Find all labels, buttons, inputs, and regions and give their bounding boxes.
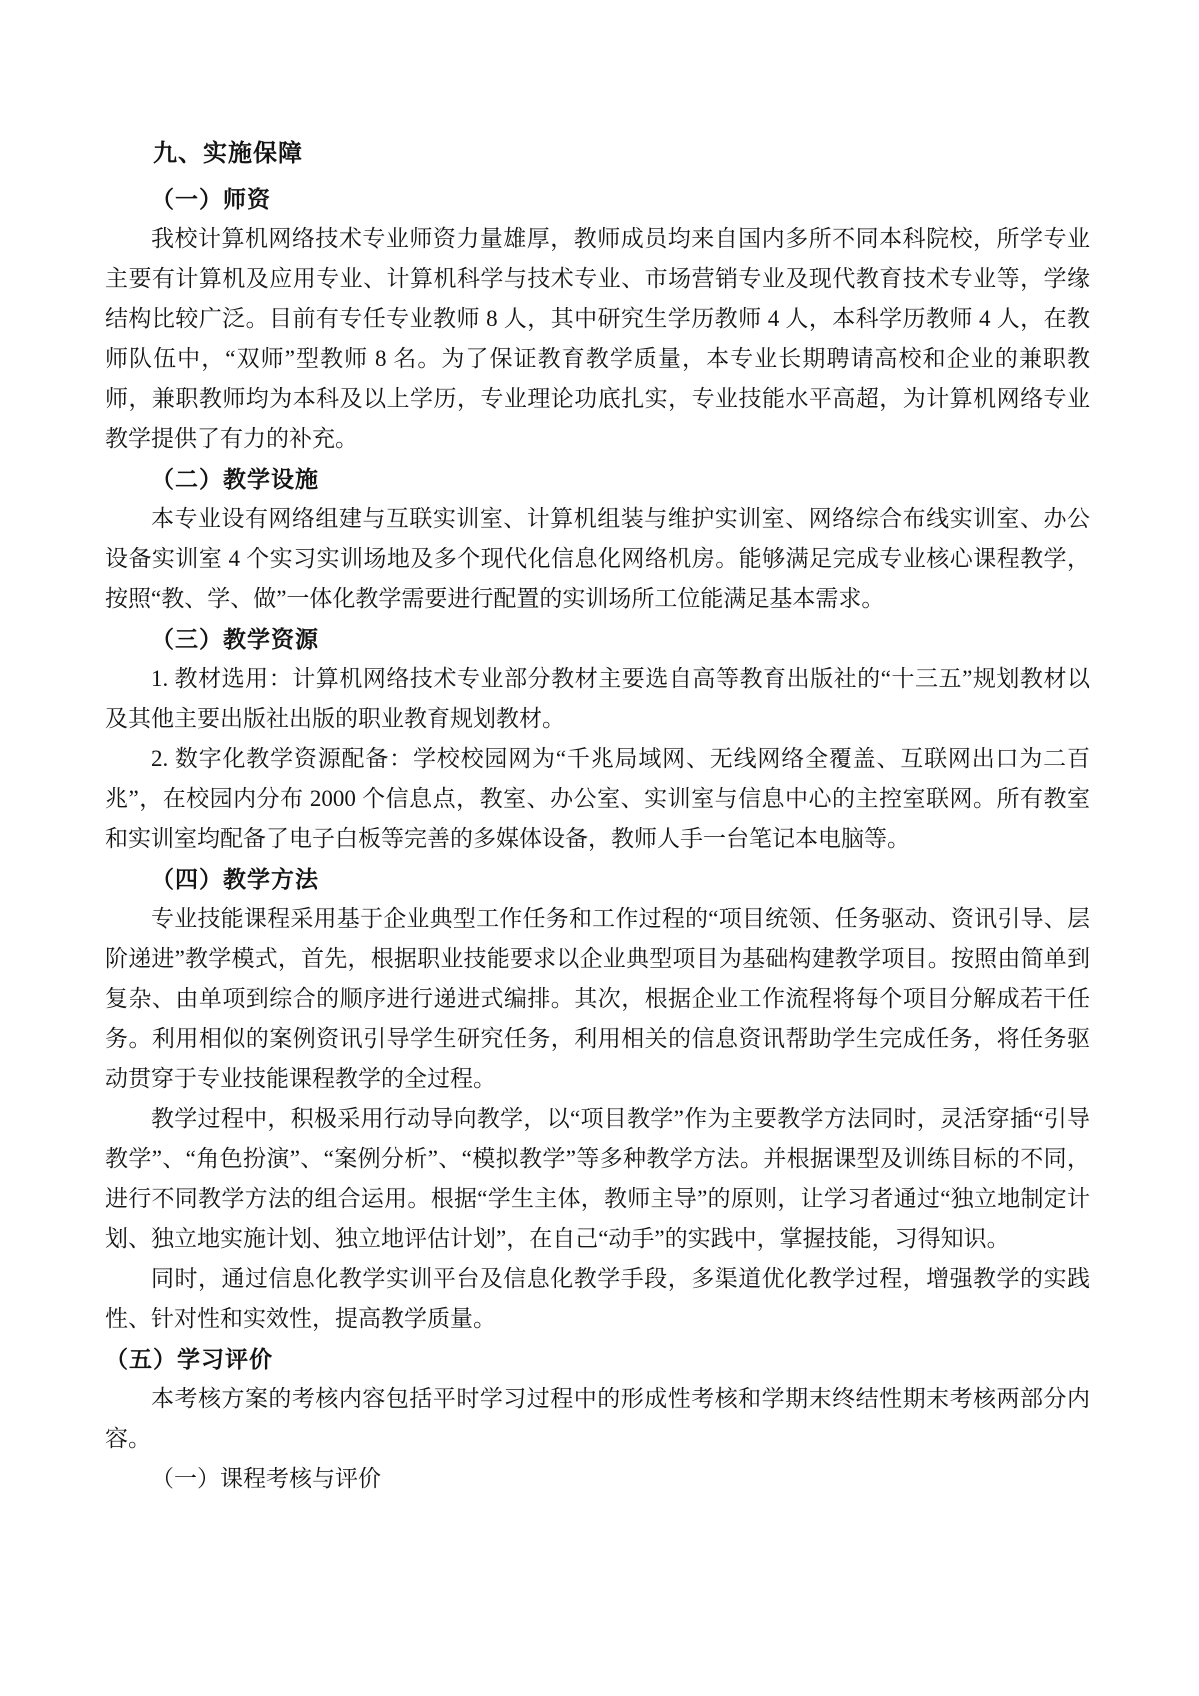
- subheading-resources: （三）教学资源: [105, 619, 1090, 659]
- subheading-facilities: （二）教学设施: [105, 459, 1090, 499]
- paragraph-methods-project-design: 专业技能课程采用基于企业典型工作任务和工作过程的“项目统领、任务驱动、资讯引导、…: [105, 899, 1090, 1099]
- subheading-teachers: （一）师资: [105, 179, 1090, 219]
- subitem-course-assessment: （一）课程考核与评价: [105, 1459, 1090, 1499]
- paragraph-evaluation-overview: 本考核方案的考核内容包括平时学习过程中的形成性考核和学期末终结性期末考核两部分内…: [105, 1379, 1090, 1459]
- document-page: 九、实施保障 （一）师资 我校计算机网络技术专业师资力量雄厚，教师成员均来自国内…: [0, 0, 1199, 1696]
- paragraph-facilities: 本专业设有网络组建与互联实训室、计算机组装与维护实训室、网络综合布线实训室、办公…: [105, 499, 1090, 619]
- subheading-methods: （四）教学方法: [105, 859, 1090, 899]
- paragraph-teachers: 我校计算机网络技术专业师资力量雄厚，教师成员均来自国内多所不同本科院校，所学专业…: [105, 219, 1090, 459]
- paragraph-textbook-selection: 1. 教材选用：计算机网络技术专业部分教材主要选自高等教育出版社的“十三五”规划…: [105, 659, 1090, 739]
- paragraph-methods-action-oriented: 教学过程中，积极采用行动导向教学，以“项目教学”作为主要教学方法同时，灵活穿插“…: [105, 1099, 1090, 1259]
- paragraph-methods-informatization: 同时，通过信息化教学实训平台及信息化教学手段，多渠道优化教学过程，增强教学的实践…: [105, 1259, 1090, 1339]
- subheading-evaluation: （五）学习评价: [105, 1339, 1090, 1379]
- main-heading: 九、实施保障: [105, 134, 1090, 174]
- paragraph-digital-resources: 2. 数字化教学资源配备：学校校园网为“千兆局域网、无线网络全覆盖、互联网出口为…: [105, 739, 1090, 859]
